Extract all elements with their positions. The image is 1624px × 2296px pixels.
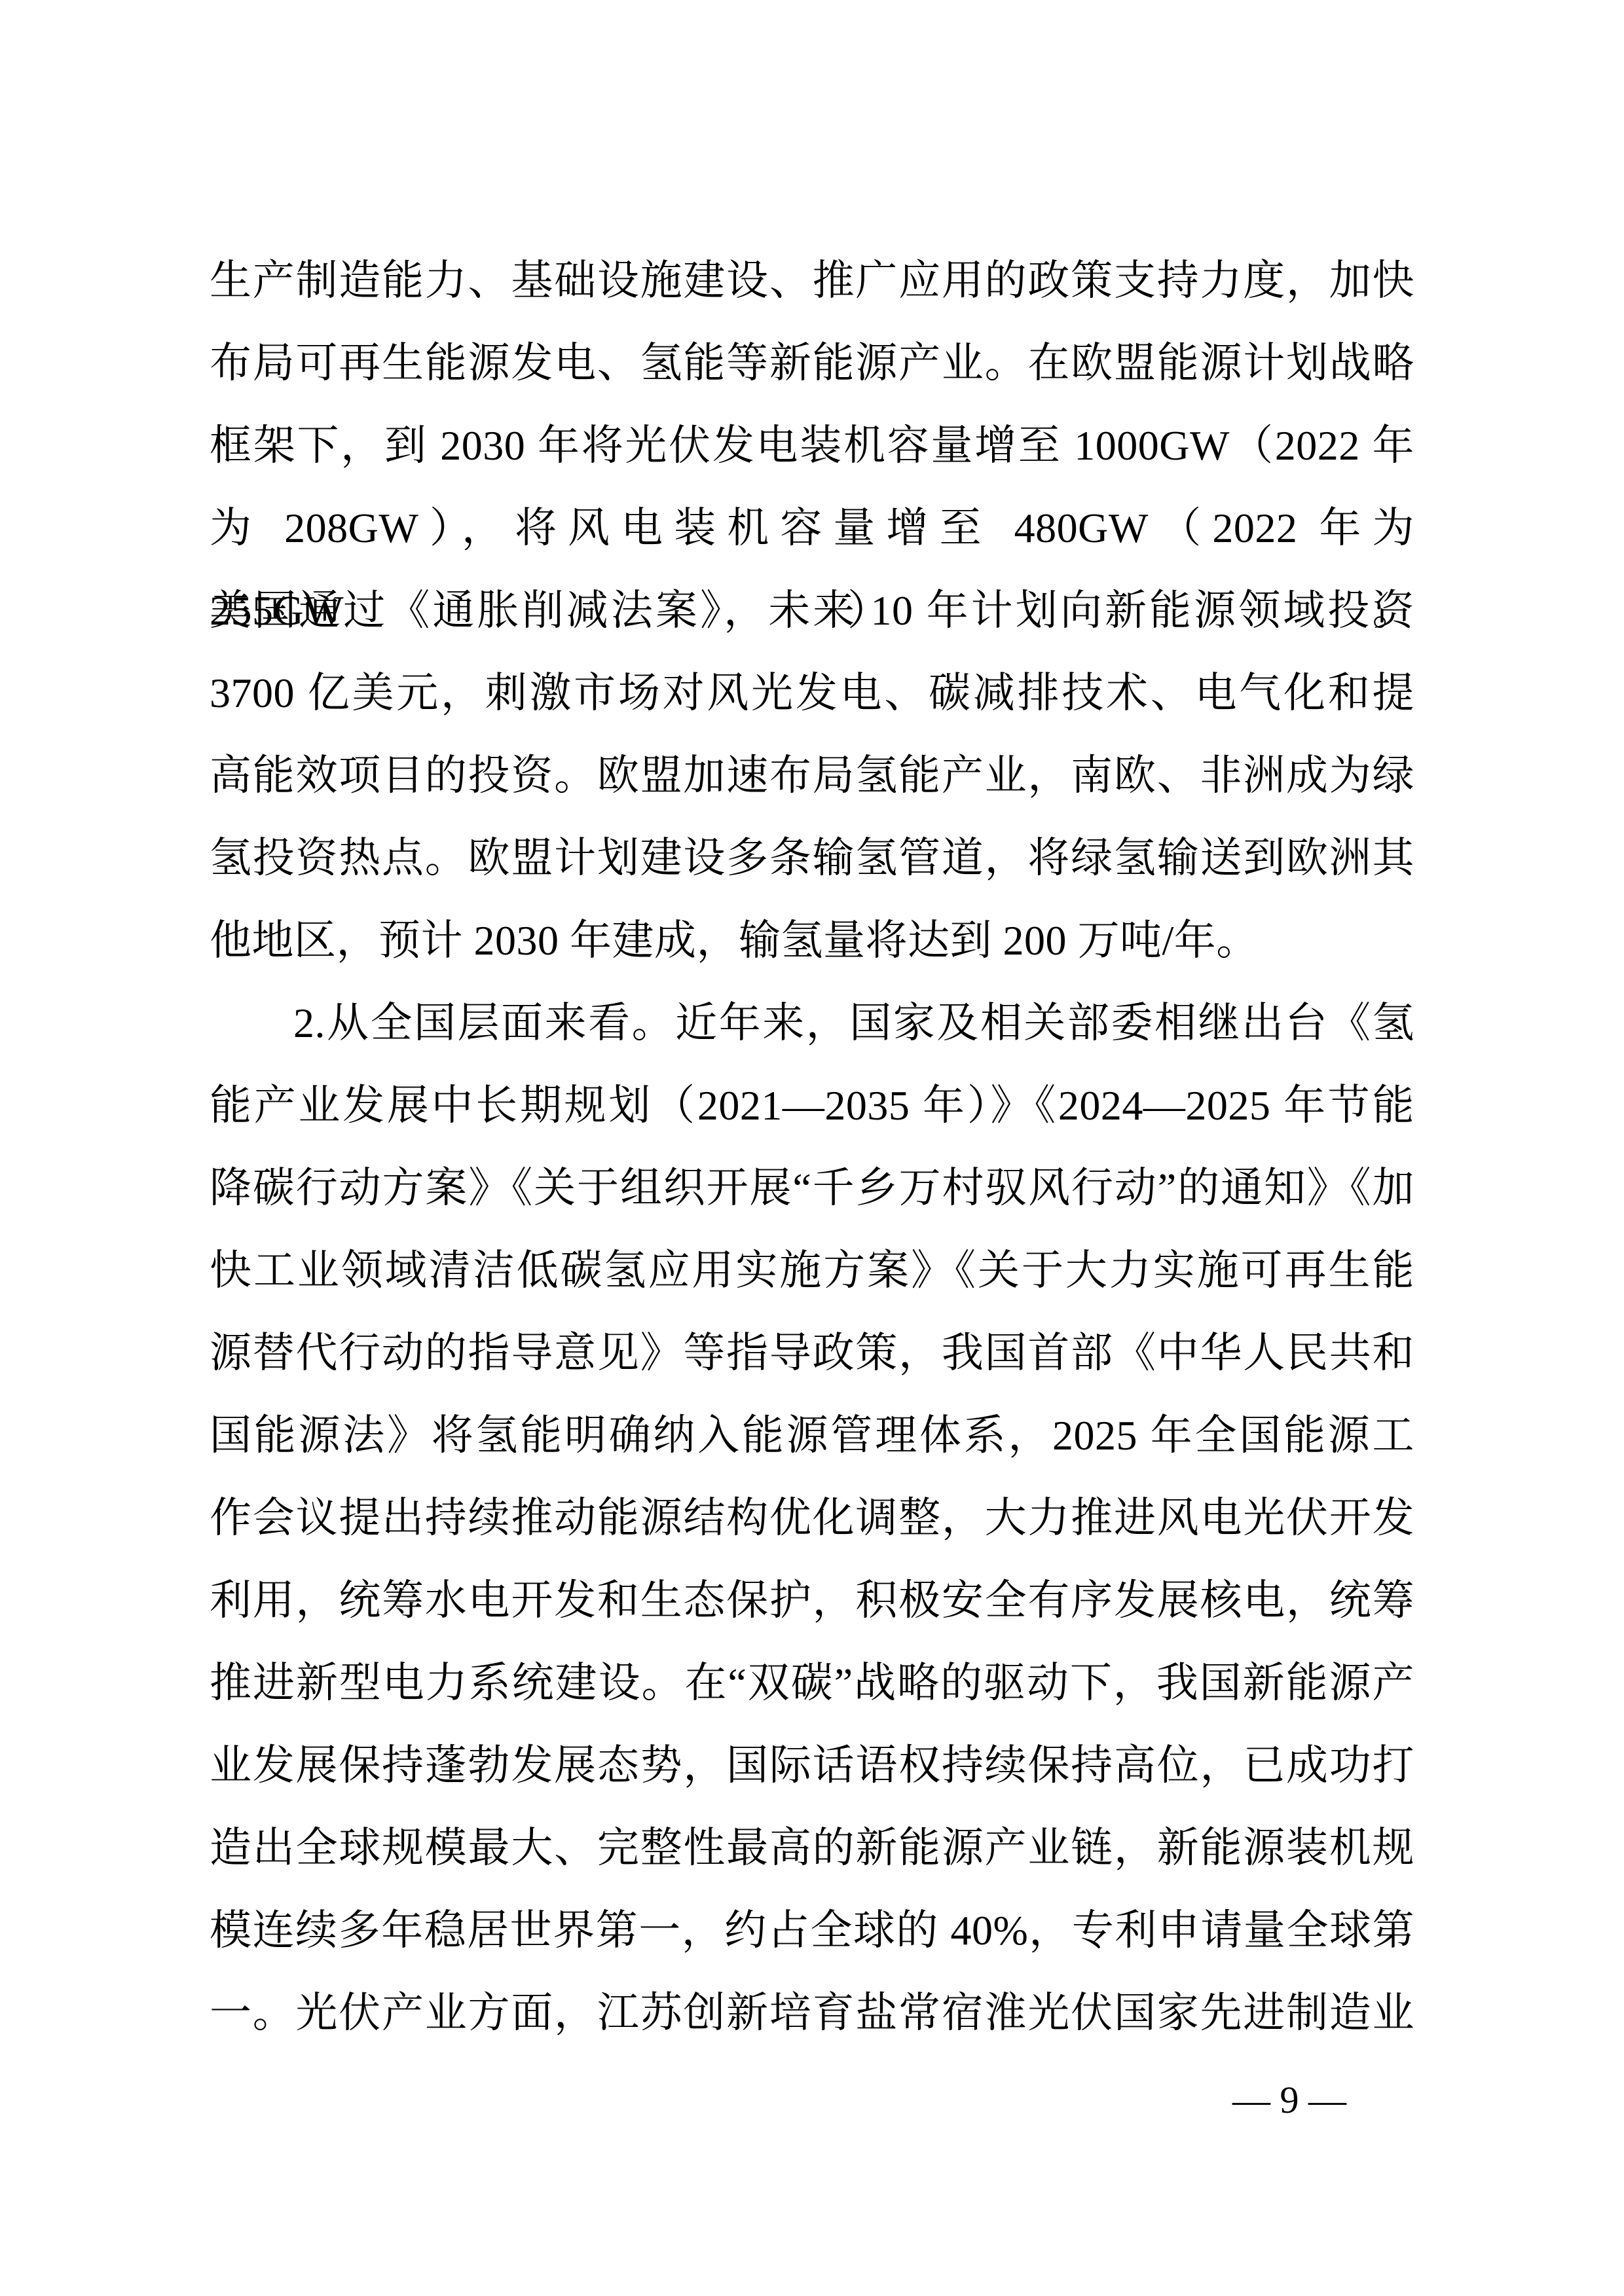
text-line: 作会议提出持续推动能源结构优化调整，大力推进风电光伏开发 — [210, 1477, 1414, 1559]
text-line: 一。光伏产业方面，江苏创新培育盐常宿淮光伏国家先进制造业 — [210, 1972, 1414, 2054]
text-line: 布局可再生能源发电、氢能等新能源产业。在欧盟能源计划战略 — [210, 322, 1414, 405]
text-line: 框架下，到 2030 年将光伏发电装机容量增至 1000GW（2022 年 — [210, 405, 1414, 487]
text-line: 他地区，预计 2030 年建成，输氢量将达到 200 万吨/年。 — [210, 900, 1414, 982]
text-line: 降碳行动方案》《关于组织开展“千乡万村驭风行动”的通知》《加 — [210, 1147, 1414, 1230]
page-number: — 9 — — [1126, 2074, 1453, 2126]
text-line: 美国通过《通胀削减法案》，未来 10 年计划向新能源领域投资 — [210, 570, 1414, 652]
body-text: 生产制造能力、基础设施建设、推广应用的政策支持力度，加快 布局可再生能源发电、氢… — [210, 240, 1414, 2054]
text-line: 推进新型电力系统建设。在“双碳”战略的驱动下，我国新能源产 — [210, 1642, 1414, 1724]
document-page: 生产制造能力、基础设施建设、推广应用的政策支持力度，加快 布局可再生能源发电、氢… — [0, 0, 1624, 2296]
text-line: 源替代行动的指导意见》等指导政策，我国首部《中华人民共和 — [210, 1312, 1414, 1394]
text-line-paragraph-start: 2.从全国层面来看。近年来，国家及相关部委相继出台《氢 — [210, 982, 1414, 1065]
text-line: 模连续多年稳居世界第一，约占全球的 40%，专利申请量全球第 — [210, 1889, 1414, 1972]
text-line: 国能源法》将氢能明确纳入能源管理体系，2025 年全国能源工 — [210, 1394, 1414, 1477]
text-line: 能产业发展中长期规划（2021—2035 年）》《2024—2025 年节能 — [210, 1065, 1414, 1147]
text-line: 为 208GW），将风电装机容量增至 480GW（2022 年为 255GW）。 — [210, 487, 1414, 570]
text-line: 造出全球规模最大、完整性最高的新能源产业链，新能源装机规 — [210, 1807, 1414, 1889]
text-line: 高能效项目的投资。欧盟加速布局氢能产业，南欧、非洲成为绿 — [210, 735, 1414, 817]
text-line: 生产制造能力、基础设施建设、推广应用的政策支持力度，加快 — [210, 240, 1414, 322]
text-line: 3700 亿美元，刺激市场对风光发电、碳减排技术、电气化和提 — [210, 652, 1414, 735]
text-line: 业发展保持蓬勃发展态势，国际话语权持续保持高位，已成功打 — [210, 1724, 1414, 1807]
text-line: 利用，统筹水电开发和生态保护，积极安全有序发展核电，统筹 — [210, 1559, 1414, 1642]
text-line: 快工业领域清洁低碳氢应用实施方案》《关于大力实施可再生能 — [210, 1230, 1414, 1312]
text-line: 氢投资热点。欧盟计划建设多条输氢管道，将绿氢输送到欧洲其 — [210, 817, 1414, 900]
